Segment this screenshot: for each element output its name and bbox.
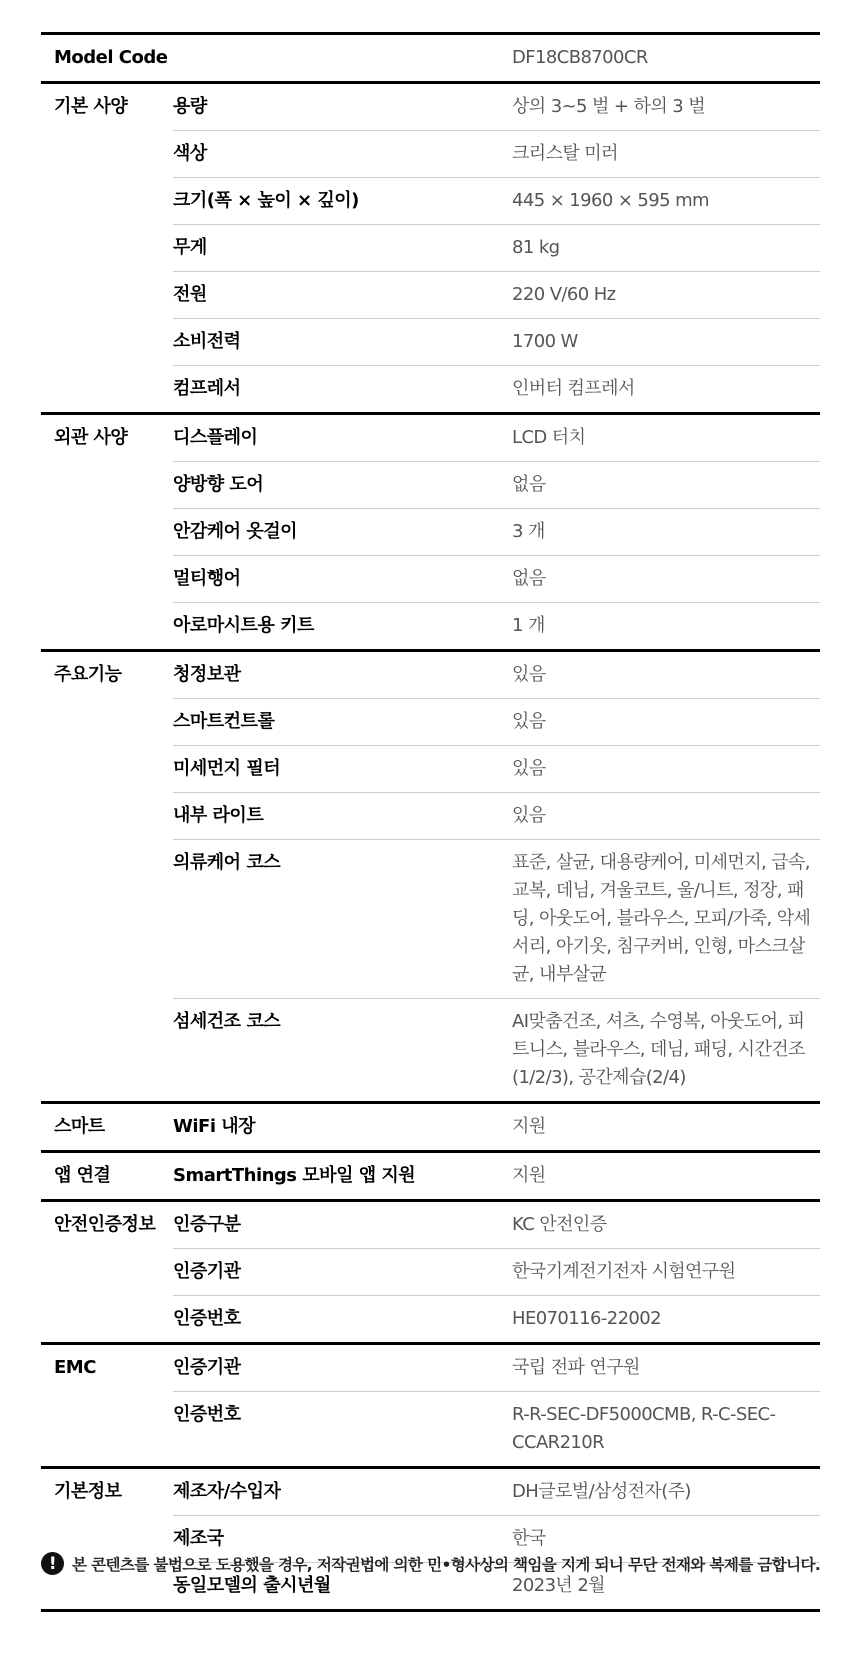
spec-category: 앱 연결 bbox=[41, 1152, 173, 1201]
spec-row: 주요기능청정보관있음 bbox=[41, 651, 820, 699]
model-code-value: DF18CB8700CR bbox=[512, 34, 820, 83]
spec-row: 스마트WiFi 내장지원 bbox=[41, 1103, 820, 1152]
spec-category: 기본 사양 bbox=[41, 83, 173, 414]
spec-value: 445 × 1960 × 595 mm bbox=[512, 178, 820, 225]
model-code-label: Model Code bbox=[41, 34, 512, 83]
spec-row: 앱 연결SmartThings 모바일 앱 지원지원 bbox=[41, 1152, 820, 1201]
exclamation-circle-icon: ! bbox=[41, 1552, 64, 1575]
spec-table-container: Model Code DF18CB8700CR 기본 사양용량상의 3~5 벌 … bbox=[41, 32, 820, 1612]
spec-value: HE070116-22002 bbox=[512, 1296, 820, 1344]
spec-label: 인증기관 bbox=[173, 1344, 512, 1392]
spec-label: 양방향 도어 bbox=[173, 462, 512, 509]
spec-value: 크리스탈 미러 bbox=[512, 131, 820, 178]
spec-label: 섬세건조 코스 bbox=[173, 999, 512, 1103]
spec-value: DH글로벌/삼성전자(주) bbox=[512, 1468, 820, 1516]
spec-value: AI맞춤건조, 셔츠, 수영복, 아웃도어, 피트니스, 블라우스, 데님, 패… bbox=[512, 999, 820, 1103]
spec-label: 멀티행어 bbox=[173, 556, 512, 603]
spec-value: 인버터 컴프레서 bbox=[512, 366, 820, 414]
spec-label: 인증기관 bbox=[173, 1249, 512, 1296]
spec-value: 없음 bbox=[512, 556, 820, 603]
spec-value: 3 개 bbox=[512, 509, 820, 556]
spec-value: 없음 bbox=[512, 462, 820, 509]
spec-label: SmartThings 모바일 앱 지원 bbox=[173, 1152, 512, 1201]
spec-category: 안전인증정보 bbox=[41, 1201, 173, 1344]
spec-label: 아로마시트용 키트 bbox=[173, 603, 512, 651]
spec-label: 인증번호 bbox=[173, 1296, 512, 1344]
spec-value: KC 안전인증 bbox=[512, 1201, 820, 1249]
spec-value: 있음 bbox=[512, 793, 820, 840]
spec-value: 81 kg bbox=[512, 225, 820, 272]
spec-label: 인증구분 bbox=[173, 1201, 512, 1249]
spec-row: 외관 사양디스플레이LCD 터치 bbox=[41, 414, 820, 462]
spec-value: 있음 bbox=[512, 746, 820, 793]
spec-label: 용량 bbox=[173, 83, 512, 131]
spec-value: 220 V/60 Hz bbox=[512, 272, 820, 319]
spec-label: 청정보관 bbox=[173, 651, 512, 699]
spec-label: 내부 라이트 bbox=[173, 793, 512, 840]
spec-label: 미세먼지 필터 bbox=[173, 746, 512, 793]
spec-category: EMC bbox=[41, 1344, 173, 1468]
spec-label: 인증번호 bbox=[173, 1392, 512, 1468]
spec-label: 전원 bbox=[173, 272, 512, 319]
spec-value: 지원 bbox=[512, 1103, 820, 1152]
copyright-notice: ! 본 콘텐츠를 불법으로 도용했을 경우, 저작권법에 의한 민•형사상의 책… bbox=[41, 1552, 820, 1575]
spec-label: WiFi 내장 bbox=[173, 1103, 512, 1152]
spec-value: 있음 bbox=[512, 651, 820, 699]
spec-label: 무게 bbox=[173, 225, 512, 272]
spec-value: 상의 3~5 벌 + 하의 3 벌 bbox=[512, 83, 820, 131]
spec-label: 컴프레서 bbox=[173, 366, 512, 414]
spec-category: 기본정보 bbox=[41, 1468, 173, 1611]
spec-value: 국립 전파 연구원 bbox=[512, 1344, 820, 1392]
spec-table: Model Code DF18CB8700CR 기본 사양용량상의 3~5 벌 … bbox=[41, 32, 820, 1612]
spec-value: 한국기계전기전자 시험연구원 bbox=[512, 1249, 820, 1296]
spec-label: 안감케어 옷걸이 bbox=[173, 509, 512, 556]
spec-row: 기본정보제조자/수입자DH글로벌/삼성전자(주) bbox=[41, 1468, 820, 1516]
model-code-row: Model Code DF18CB8700CR bbox=[41, 34, 820, 83]
spec-label: 색상 bbox=[173, 131, 512, 178]
spec-label: 크기(폭 × 높이 × 깊이) bbox=[173, 178, 512, 225]
spec-category: 스마트 bbox=[41, 1103, 173, 1152]
spec-label: 스마트컨트롤 bbox=[173, 699, 512, 746]
spec-value: 표준, 살균, 대용량케어, 미세먼지, 급속, 교복, 데님, 겨울코트, 울… bbox=[512, 840, 820, 999]
spec-category: 외관 사양 bbox=[41, 414, 173, 651]
spec-value: 1 개 bbox=[512, 603, 820, 651]
spec-row: 기본 사양용량상의 3~5 벌 + 하의 3 벌 bbox=[41, 83, 820, 131]
spec-label: 제조자/수입자 bbox=[173, 1468, 512, 1516]
spec-category: 주요기능 bbox=[41, 651, 173, 1103]
spec-label: 의류케어 코스 bbox=[173, 840, 512, 999]
spec-value: 있음 bbox=[512, 699, 820, 746]
spec-value: R-R-SEC-DF5000CMB, R-C-SEC-CCAR210R bbox=[512, 1392, 820, 1468]
spec-value: 지원 bbox=[512, 1152, 820, 1201]
spec-label: 디스플레이 bbox=[173, 414, 512, 462]
notice-text: 본 콘텐츠를 불법으로 도용했을 경우, 저작권법에 의한 민•형사상의 책임을… bbox=[72, 1553, 820, 1575]
spec-value: 1700 W bbox=[512, 319, 820, 366]
spec-label: 소비전력 bbox=[173, 319, 512, 366]
spec-row: EMC인증기관국립 전파 연구원 bbox=[41, 1344, 820, 1392]
spec-row: 안전인증정보인증구분KC 안전인증 bbox=[41, 1201, 820, 1249]
spec-value: LCD 터치 bbox=[512, 414, 820, 462]
